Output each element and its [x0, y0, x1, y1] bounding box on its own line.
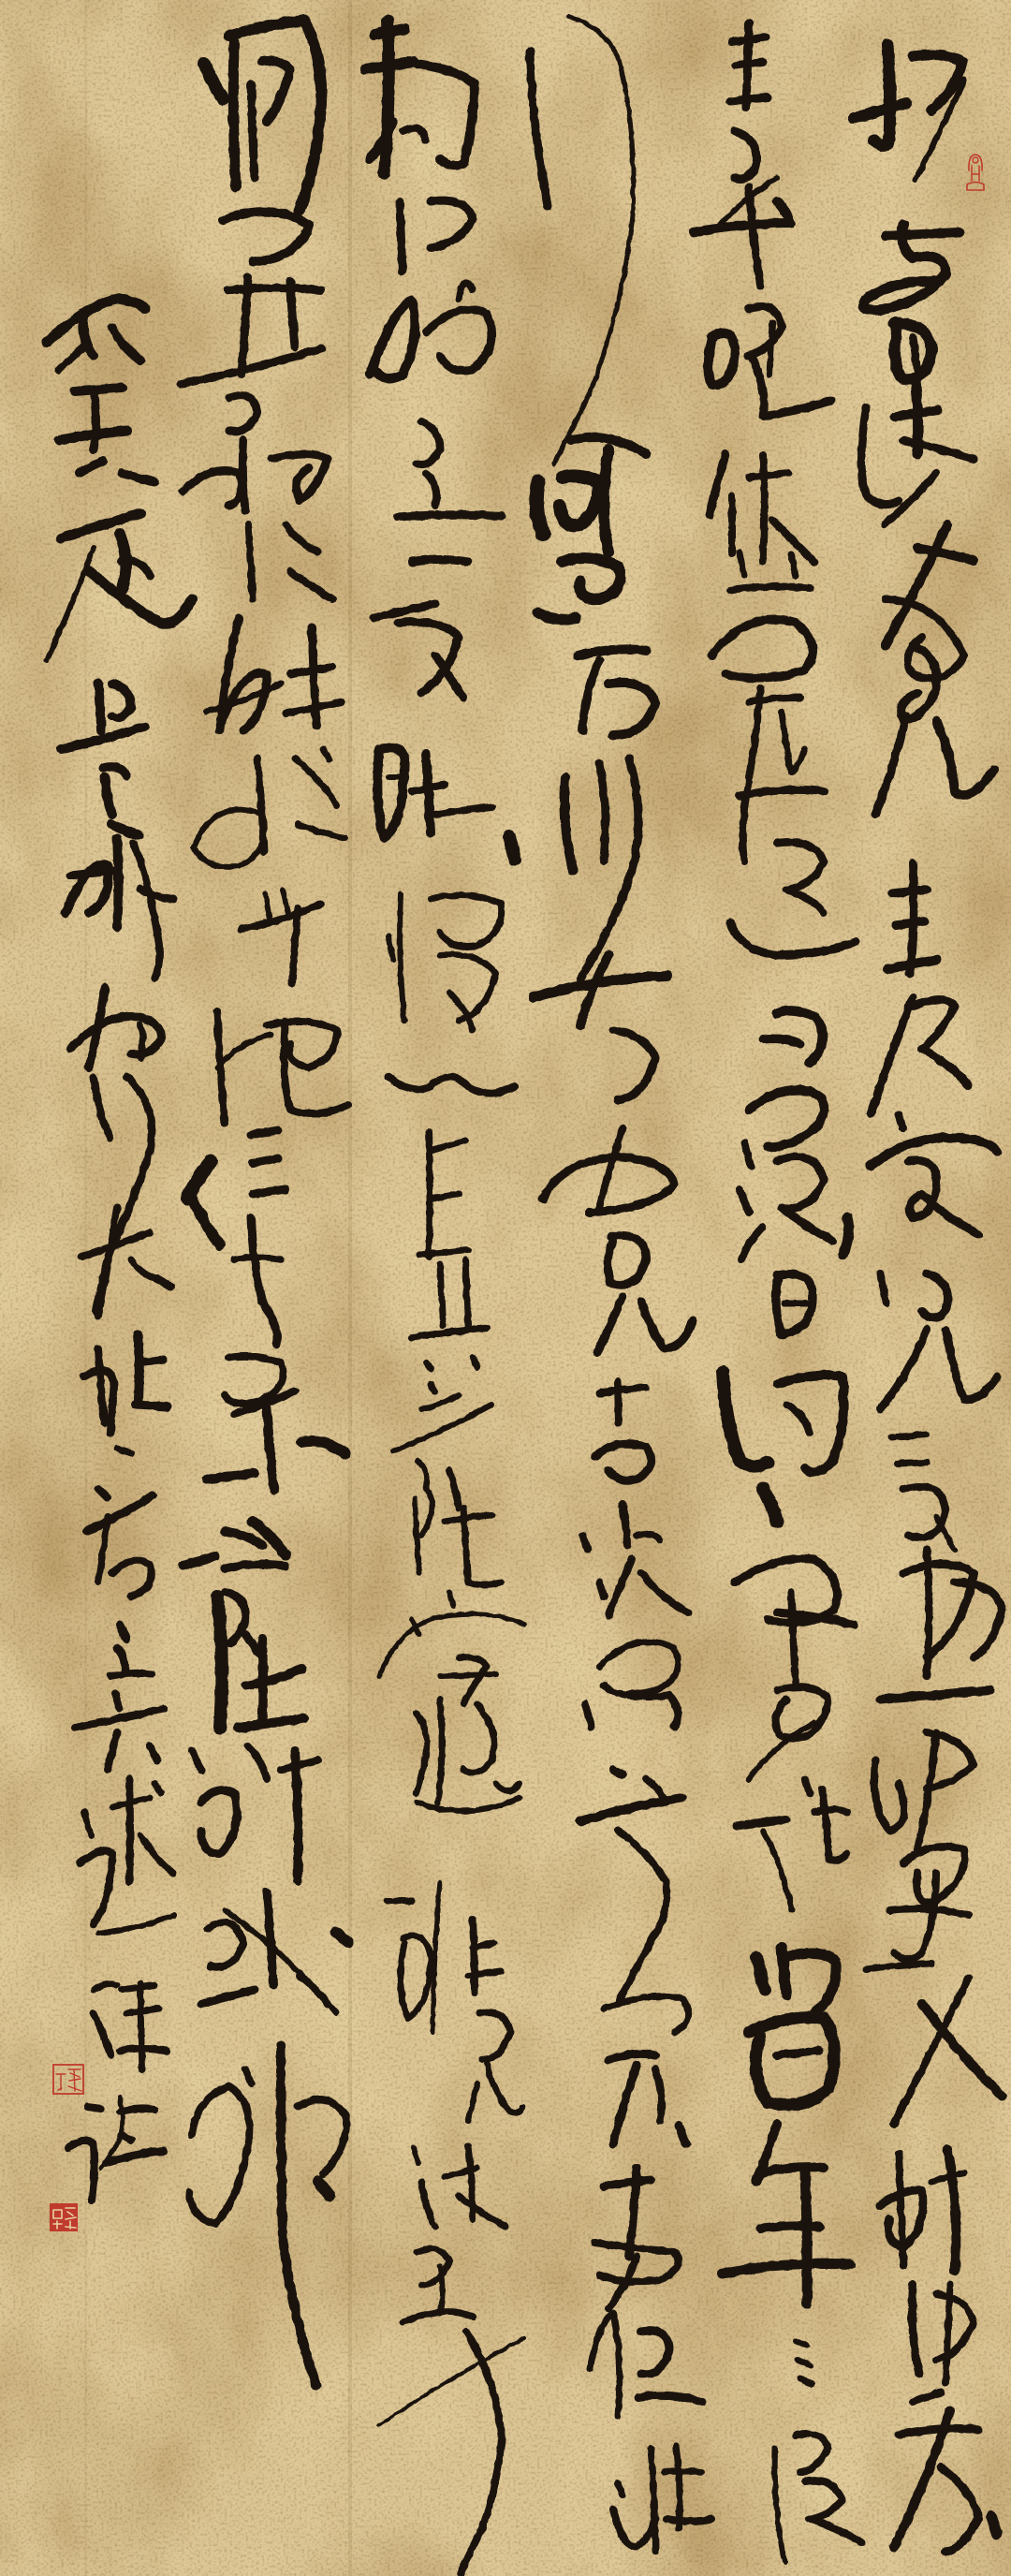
brush-stroke	[120, 1625, 126, 1639]
calligraphy-character: 、	[509, 836, 515, 860]
brush-stroke	[805, 1779, 810, 1793]
brush-stroke	[225, 1565, 286, 1568]
brush-stroke	[140, 1025, 143, 1058]
paper-grain	[0, 0, 1011, 2576]
brush-stroke	[814, 1810, 847, 1813]
brush-stroke	[245, 2069, 251, 2083]
brush-stroke	[676, 2446, 680, 2528]
brush-stroke	[582, 1536, 588, 1550]
brush-stroke	[234, 1258, 281, 1260]
brush-stroke	[536, 482, 543, 534]
brush-stroke	[140, 1360, 164, 1362]
brush-stroke	[426, 1362, 431, 1369]
brush-stroke	[910, 863, 914, 974]
brush-stroke	[509, 836, 515, 860]
brush-stroke	[468, 1971, 501, 1976]
brush-stroke	[842, 1217, 849, 1255]
brush-stroke	[991, 2517, 997, 2534]
brush-stroke	[115, 1693, 120, 1709]
brush-stroke	[440, 2266, 443, 2313]
brush-stroke	[623, 1504, 627, 1545]
brush-stroke	[253, 1189, 286, 1194]
paper-seam	[348, 0, 352, 2576]
brush-stroke	[791, 1592, 796, 1685]
brush-stroke	[242, 440, 245, 510]
brush-stroke	[730, 586, 810, 590]
brush-stroke	[440, 1264, 443, 1325]
brush-stroke	[945, 2285, 950, 2383]
calligraphy-artwork: 我費達秀兄表寵況之也此得人別他參、生平晚依花在遂多深日何幾雅郵年之往門嘆而川好見…	[0, 0, 1011, 2576]
brush-stroke	[613, 1770, 623, 1774]
calligraphy-character: 、	[991, 2517, 997, 2534]
brush-stroke	[75, 388, 122, 391]
brush-stroke	[740, 552, 744, 576]
brush-stroke	[927, 1550, 930, 1676]
brush-stroke	[599, 1582, 604, 1597]
brush-stroke	[913, 337, 917, 370]
seal-square-white-text	[50, 2203, 78, 2231]
brush-stroke	[253, 1158, 278, 1163]
brush-stroke	[899, 1114, 902, 1128]
brush-stroke	[117, 838, 119, 927]
brush-stroke	[233, 42, 236, 187]
brush-stroke	[473, 1920, 475, 1993]
brush-stroke	[110, 1673, 152, 1676]
brush-stroke	[295, 1751, 299, 1880]
brush-stroke	[412, 560, 468, 563]
brush-stroke	[262, 1639, 263, 1723]
brush-stroke	[746, 23, 749, 108]
brush-stroke	[136, 1405, 167, 1406]
brush-stroke	[769, 323, 772, 375]
brush-stroke	[763, 455, 765, 562]
brush-stroke	[665, 2471, 702, 2472]
brush-stroke	[140, 1983, 142, 2069]
brush-stroke	[290, 281, 295, 346]
brush-stroke	[667, 2519, 711, 2522]
brush-stroke	[206, 1473, 255, 1479]
brush-stroke	[604, 449, 608, 552]
brush-stroke	[98, 684, 101, 730]
brush-stroke	[805, 2172, 807, 2304]
brush-stroke	[749, 473, 788, 478]
brush-stroke	[618, 2483, 623, 2495]
brush-stroke	[138, 1334, 139, 1400]
brush-stroke	[248, 524, 253, 599]
brush-stroke	[473, 1358, 477, 1367]
brush-stroke	[117, 1449, 131, 1453]
brush-stroke	[777, 2051, 819, 2055]
brush-stroke	[473, 1943, 494, 1948]
brush-stroke	[120, 2109, 154, 2112]
brush-stroke	[538, 613, 576, 620]
brush-stroke	[251, 1130, 278, 1135]
brush-stroke	[70, 871, 112, 876]
brush-stroke	[122, 2135, 131, 2140]
brush-stroke	[87, 2107, 101, 2109]
brush-stroke	[400, 201, 403, 272]
brush-stroke	[312, 627, 316, 726]
brush-stroke	[899, 2154, 903, 2266]
brush-stroke	[426, 754, 431, 833]
brush-stroke	[227, 288, 321, 291]
brush-stroke	[217, 1597, 222, 1728]
brush-stroke	[431, 1384, 435, 1391]
brush-stroke	[756, 1957, 765, 1990]
brush-stroke	[384, 21, 388, 173]
calligraphy-scroll: 我費達秀兄表寵況之也此得人別他參、生平晚依花在遂多深日何幾雅郵年之往門嘆而川好見…	[0, 0, 1011, 2576]
brush-stroke	[438, 1700, 442, 1803]
brush-stroke	[897, 1463, 927, 1464]
brush-stroke	[398, 515, 502, 517]
brush-stroke	[432, 1194, 459, 1199]
brush-stroke	[885, 232, 960, 236]
brush-stroke	[94, 393, 96, 449]
brush-stroke	[419, 1250, 468, 1255]
brush-stroke	[891, 1435, 927, 1437]
brush-stroke	[440, 1674, 496, 1676]
brush-stroke	[763, 2167, 824, 2172]
brush-stroke	[129, 1779, 130, 1882]
brush-stroke	[251, 84, 255, 178]
brush-stroke	[618, 1381, 619, 1423]
brush-stroke	[465, 1259, 468, 1325]
brush-stroke	[791, 554, 796, 576]
